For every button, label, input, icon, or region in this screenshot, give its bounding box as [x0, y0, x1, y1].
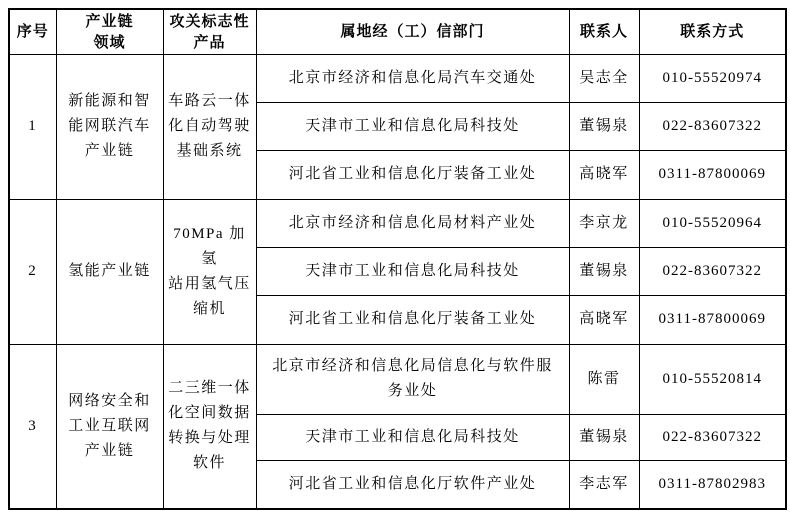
cell-contact: 董锡泉 — [569, 247, 639, 295]
cell-phone: 010-55520964 — [639, 199, 786, 247]
cell-dept: 北京市经济和信息化局信息化与软件服 务业处 — [256, 344, 569, 414]
header-phone: 联系方式 — [639, 9, 786, 54]
table-row: 2 氢能产业链 70MPa 加氢 站用氢气压 缩机 北京市经济和信息化局材料产业… — [9, 199, 786, 247]
cell-contact: 董锡泉 — [569, 414, 639, 460]
cell-dept: 天津市工业和信息化局科技处 — [256, 414, 569, 460]
cell-industry-chain: 新能源和智 能网联汽车 产业链 — [56, 54, 163, 199]
cell-dept: 北京市经济和信息化局汽车交通处 — [256, 54, 569, 102]
cell-contact: 李志军 — [569, 460, 639, 509]
cell-phone: 022-83607322 — [639, 102, 786, 150]
document-page: 序号 产业链 领域 攻关标志性 产品 属地经（工）信部门 联系人 联系方式 1 … — [0, 0, 790, 521]
table-row: 1 新能源和智 能网联汽车 产业链 车路云一体 化自动驾驶 基础系统 北京市经济… — [9, 54, 786, 102]
cell-serial: 1 — [9, 54, 56, 199]
cell-contact: 陈雷 — [569, 344, 639, 414]
cell-phone: 010-55520814 — [639, 344, 786, 414]
cell-phone: 0311-87802983 — [639, 460, 786, 509]
header-contact: 联系人 — [569, 9, 639, 54]
cell-dept: 河北省工业和信息化厅软件产业处 — [256, 460, 569, 509]
header-row: 序号 产业链 领域 攻关标志性 产品 属地经（工）信部门 联系人 联系方式 — [9, 9, 786, 54]
cell-contact: 李京龙 — [569, 199, 639, 247]
cell-contact: 董锡泉 — [569, 102, 639, 150]
cell-phone: 010-55520974 — [639, 54, 786, 102]
header-product: 攻关标志性 产品 — [163, 9, 256, 54]
cell-product: 二三维一体 化空间数据 转换与处理 软件 — [163, 344, 256, 509]
cell-serial: 2 — [9, 199, 56, 344]
cell-serial: 3 — [9, 344, 56, 509]
cell-contact: 吴志全 — [569, 54, 639, 102]
cell-dept: 河北省工业和信息化厅装备工业处 — [256, 150, 569, 199]
cell-product: 车路云一体 化自动驾驶 基础系统 — [163, 54, 256, 199]
cell-phone: 022-83607322 — [639, 414, 786, 460]
cell-phone: 0311-87800069 — [639, 150, 786, 199]
header-no: 序号 — [9, 9, 56, 54]
header-field: 产业链 领域 — [56, 9, 163, 54]
cell-dept: 北京市经济和信息化局材料产业处 — [256, 199, 569, 247]
cell-dept: 天津市工业和信息化局科技处 — [256, 102, 569, 150]
cell-contact: 高晓军 — [569, 150, 639, 199]
cell-product: 70MPa 加氢 站用氢气压 缩机 — [163, 199, 256, 344]
cell-industry-chain: 氢能产业链 — [56, 199, 163, 344]
table-row: 3 网络安全和 工业互联网 产业链 二三维一体 化空间数据 转换与处理 软件 北… — [9, 344, 786, 414]
cell-dept: 天津市工业和信息化局科技处 — [256, 247, 569, 295]
cell-dept: 河北省工业和信息化厅装备工业处 — [256, 295, 569, 344]
cell-phone: 0311-87800069 — [639, 295, 786, 344]
header-dept: 属地经（工）信部门 — [256, 9, 569, 54]
contact-table: 序号 产业链 领域 攻关标志性 产品 属地经（工）信部门 联系人 联系方式 1 … — [8, 8, 787, 510]
cell-contact: 高晓军 — [569, 295, 639, 344]
cell-phone: 022-83607322 — [639, 247, 786, 295]
cell-industry-chain: 网络安全和 工业互联网 产业链 — [56, 344, 163, 509]
